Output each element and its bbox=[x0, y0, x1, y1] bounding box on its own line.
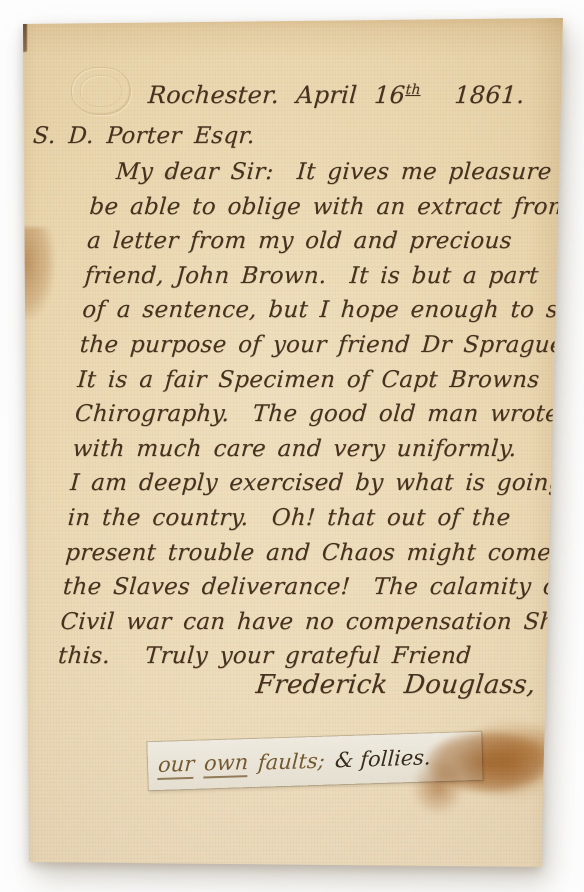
clipping-word-faults: faults; bbox=[258, 749, 326, 775]
letter-line: the Slaves deliverance! The calamity of bbox=[62, 570, 550, 605]
letter-line: of a sentence, but I hope enough to serv… bbox=[81, 293, 569, 328]
dateline-ordinal-suffix: th bbox=[405, 82, 421, 98]
letter-photo-background: Rochester. April 16th 1861. S. D. Porter… bbox=[0, 0, 584, 892]
binding-remnant-mark bbox=[19, 22, 27, 52]
letter-line: a letter from my old and precious bbox=[86, 224, 574, 259]
embossed-stamp-inner-border bbox=[80, 75, 122, 107]
stain-blob bbox=[503, 725, 573, 771]
embossed-stationery-stamp bbox=[71, 67, 131, 115]
letter-line: My dear Sir: It gives me pleasure to bbox=[91, 155, 579, 190]
signature-frederick-douglass: Frederick Douglass, bbox=[255, 670, 538, 700]
clipping-word-follies: & follies. bbox=[335, 745, 432, 772]
letter-line: It is a fair Specimen of Capt Browns bbox=[76, 363, 564, 398]
letter-line: friend, John Brown. It is but a part bbox=[83, 259, 571, 294]
letter-line: Civil war can have no compensation Short… bbox=[59, 605, 547, 640]
letter-line: be able to oblige with an extract from bbox=[88, 190, 576, 225]
letter-recipient: S. D. Porter Esqr. bbox=[32, 123, 256, 149]
clipping-word-our: our bbox=[157, 751, 195, 779]
letter-line: this. Truly your grateful Friend bbox=[57, 639, 545, 674]
letter-page: Rochester. April 16th 1861. S. D. Porter… bbox=[20, 15, 568, 875]
letter-line: with much care and very uniformly. bbox=[71, 432, 559, 467]
dateline-year: 1861. bbox=[453, 81, 525, 109]
left-edge-stain bbox=[14, 227, 54, 319]
letter-paper: Rochester. April 16th 1861. S. D. Porter… bbox=[20, 15, 568, 875]
pasted-clipping-strip: our own faults; & follies. bbox=[147, 732, 482, 790]
letter-line: the purpose of your friend Dr Sprague. bbox=[79, 328, 567, 363]
clipping-word-own: own bbox=[204, 750, 250, 778]
letter-line: present trouble and Chaos might come bbox=[64, 536, 552, 571]
letter-line: Chirography. The good old man wrote bbox=[74, 397, 562, 432]
letter-dateline: Rochester. April 16th 1861. bbox=[147, 81, 526, 109]
letter-body: My dear Sir: It gives me pleasure to be … bbox=[57, 155, 579, 674]
letter-line: in the country. Oh! that out of the bbox=[67, 501, 555, 536]
dateline-place-date: Rochester. April 16 bbox=[147, 81, 406, 109]
letter-line: I am deeply exercised by what is going n… bbox=[69, 466, 557, 501]
